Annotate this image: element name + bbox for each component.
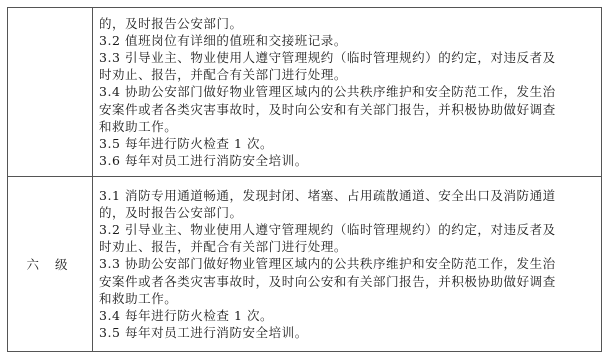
requirement-line: 3.2 值班岗位有详细的值班和交接班记录。	[99, 32, 597, 49]
requirement-line: 时劝止、报告，并配合有关部门进行处理。	[99, 238, 597, 255]
requirements-cell: 的，及时报告公安部门。 3.2 值班岗位有详细的值班和交接班记录。 3.3 引导…	[93, 8, 602, 177]
level-cell	[8, 8, 93, 177]
requirement-line: 3.1 消防专用通道畅通，发现封闭、堵塞、占用疏散通道、安全出口及消防通道	[99, 187, 597, 204]
requirement-line: 和救助工作。	[99, 290, 597, 307]
requirement-line: 的，及时报告公安部门。	[99, 204, 597, 221]
requirement-line: 安案件或者各类灾害事故时，及时向公安和有关部门报告，并积极协助做好调查	[99, 101, 597, 118]
requirement-line: 时劝止、报告，并配合有关部门进行处理。	[99, 66, 597, 83]
requirement-line: 和救助工作。	[99, 118, 597, 135]
requirement-line: 3.5 每年进行防火检查 1 次。	[99, 135, 597, 152]
requirement-line: 的，及时报告公安部门。	[99, 15, 597, 32]
table-row: 六 级 3.1 消防专用通道畅通，发现封闭、堵塞、占用疏散通道、安全出口及消防通…	[8, 177, 602, 352]
level-cell: 六 级	[8, 177, 93, 352]
requirement-line: 3.3 协助公安部门做好物业管理区域内的公共秩序维护和安全防范工作，发生治	[99, 255, 597, 272]
requirement-line: 安案件或者各类灾害事故时，及时向公安和有关部门报告，并积极协助做好调查	[99, 273, 597, 290]
requirement-line: 3.5 每年对员工进行消防安全培训。	[99, 324, 597, 341]
requirements-table: 的，及时报告公安部门。 3.2 值班岗位有详细的值班和交接班记录。 3.3 引导…	[7, 7, 602, 352]
requirement-line: 3.6 每年对员工进行消防安全培训。	[99, 152, 597, 169]
requirement-line: 3.3 引导业主、物业使用人遵守管理规约（临时管理规约）的约定，对违反者及	[99, 49, 597, 66]
requirement-line: 3.2 引导业主、物业使用人遵守管理规约（临时管理规约）的约定，对违反者及	[99, 221, 597, 238]
table-row: 的，及时报告公安部门。 3.2 值班岗位有详细的值班和交接班记录。 3.3 引导…	[8, 8, 602, 177]
requirements-cell: 3.1 消防专用通道畅通，发现封闭、堵塞、占用疏散通道、安全出口及消防通道 的，…	[93, 177, 602, 352]
requirement-line: 3.4 每年进行防火检查 1 次。	[99, 307, 597, 324]
requirement-line: 3.4 协助公安部门做好物业管理区域内的公共秩序维护和安全防范工作，发生治	[99, 83, 597, 100]
